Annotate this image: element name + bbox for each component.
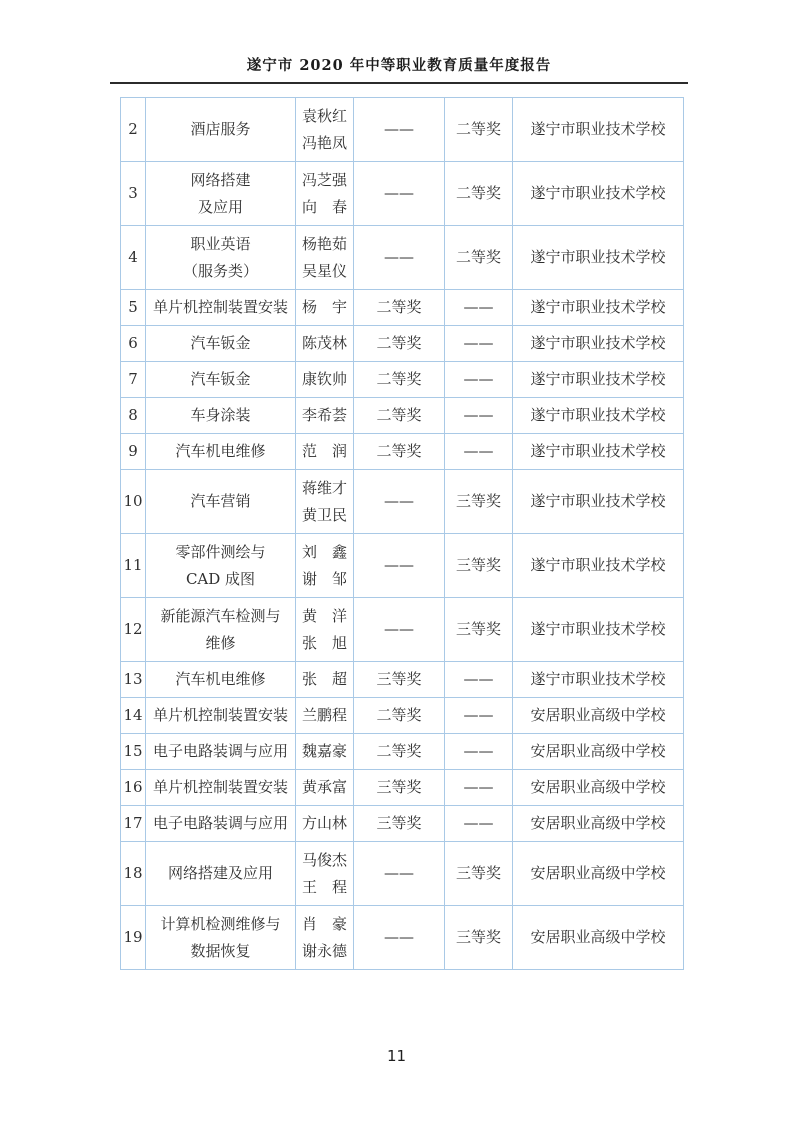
cell-names: 魏嘉豪 [296,734,354,770]
cell-award-col2: —— [445,362,513,398]
cell-event: 零部件测绘与 CAD 成图 [146,534,296,598]
cell-award-col1: 二等奖 [354,290,445,326]
cell-event: 电子电路装调与应用 [146,734,296,770]
cell-no: 15 [121,734,146,770]
cell-no: 7 [121,362,146,398]
cell-award-col2: 三等奖 [445,470,513,534]
cell-event: 汽车营销 [146,470,296,534]
cell-no: 8 [121,398,146,434]
cell-award-col1: 二等奖 [354,326,445,362]
cell-award-col2: —— [445,434,513,470]
table-row: 18 网络搭建及应用 马俊杰 王 程 —— 三等奖 安居职业高级中学校 [121,842,684,906]
cell-names: 张 超 [296,662,354,698]
cell-award-col2: —— [445,326,513,362]
cell-school: 安居职业高级中学校 [513,770,684,806]
table-row: 11 零部件测绘与 CAD 成图 刘 鑫 谢 邹 —— 三等奖 遂宁市职业技术学… [121,534,684,598]
cell-award-col2: 三等奖 [445,534,513,598]
cell-event: 网络搭建及应用 [146,842,296,906]
cell-no: 18 [121,842,146,906]
cell-names: 杨艳茹 吴星仪 [296,226,354,290]
cell-names: 袁秋红 冯艳凤 [296,98,354,162]
cell-event: 汽车钣金 [146,362,296,398]
cell-names: 陈茂林 [296,326,354,362]
cell-school: 安居职业高级中学校 [513,906,684,970]
cell-award-col2: —— [445,662,513,698]
cell-award-col2: 三等奖 [445,842,513,906]
cell-no: 19 [121,906,146,970]
cell-no: 2 [121,98,146,162]
cell-school: 遂宁市职业技术学校 [513,290,684,326]
cell-no: 13 [121,662,146,698]
cell-award-col1: 二等奖 [354,398,445,434]
cell-school: 安居职业高级中学校 [513,842,684,906]
cell-names: 杨 宇 [296,290,354,326]
cell-school: 遂宁市职业技术学校 [513,326,684,362]
cell-no: 16 [121,770,146,806]
cell-names: 李希荟 [296,398,354,434]
cell-award-col1: 二等奖 [354,362,445,398]
table-row: 13 汽车机电维修 张 超 三等奖 —— 遂宁市职业技术学校 [121,662,684,698]
cell-award-col2: —— [445,290,513,326]
page-header: 遂宁市 2020 年中等职业教育质量年度报告 [110,0,688,84]
cell-names: 黄承富 [296,770,354,806]
table-row: 15 电子电路装调与应用 魏嘉豪 二等奖 —— 安居职业高级中学校 [121,734,684,770]
cell-no: 17 [121,806,146,842]
cell-no: 6 [121,326,146,362]
cell-award-col1: —— [354,226,445,290]
cell-school: 遂宁市职业技术学校 [513,98,684,162]
cell-event: 汽车机电维修 [146,434,296,470]
cell-award-col1: —— [354,906,445,970]
awards-table: 2 酒店服务 袁秋红 冯艳凤 —— 二等奖 遂宁市职业技术学校 3 网络搭建 及… [120,97,684,970]
page-number: 11 [0,1047,793,1065]
cell-award-col1: —— [354,842,445,906]
cell-award-col2: 二等奖 [445,162,513,226]
cell-event: 单片机控制装置安装 [146,770,296,806]
table-row: 7 汽车钣金 康钦帅 二等奖 —— 遂宁市职业技术学校 [121,362,684,398]
cell-school: 安居职业高级中学校 [513,698,684,734]
table-row: 6 汽车钣金 陈茂林 二等奖 —— 遂宁市职业技术学校 [121,326,684,362]
cell-no: 12 [121,598,146,662]
cell-event: 单片机控制装置安装 [146,290,296,326]
cell-award-col1: —— [354,598,445,662]
cell-award-col2: 二等奖 [445,226,513,290]
cell-award-col1: 二等奖 [354,734,445,770]
cell-no: 11 [121,534,146,598]
cell-award-col2: —— [445,734,513,770]
cell-award-col1: 三等奖 [354,770,445,806]
table-row: 10 汽车营销 蒋维才 黄卫民 —— 三等奖 遂宁市职业技术学校 [121,470,684,534]
table-row: 9 汽车机电维修 范 润 二等奖 —— 遂宁市职业技术学校 [121,434,684,470]
cell-school: 遂宁市职业技术学校 [513,470,684,534]
cell-school: 遂宁市职业技术学校 [513,162,684,226]
cell-no: 3 [121,162,146,226]
cell-award-col2: —— [445,806,513,842]
cell-names: 兰鹏程 [296,698,354,734]
cell-school: 遂宁市职业技术学校 [513,662,684,698]
cell-award-col1: 三等奖 [354,806,445,842]
cell-school: 安居职业高级中学校 [513,734,684,770]
cell-school: 遂宁市职业技术学校 [513,534,684,598]
cell-school: 安居职业高级中学校 [513,806,684,842]
cell-names: 马俊杰 王 程 [296,842,354,906]
cell-school: 遂宁市职业技术学校 [513,398,684,434]
cell-award-col2: 三等奖 [445,598,513,662]
cell-no: 10 [121,470,146,534]
cell-event: 车身涂装 [146,398,296,434]
cell-no: 4 [121,226,146,290]
cell-award-col1: —— [354,534,445,598]
cell-no: 14 [121,698,146,734]
cell-event: 职业英语 （服务类） [146,226,296,290]
table-row: 19 计算机检测维修与 数据恢复 肖 豪 谢永德 —— 三等奖 安居职业高级中学… [121,906,684,970]
cell-award-col2: 三等奖 [445,906,513,970]
cell-award-col2: 二等奖 [445,98,513,162]
cell-school: 遂宁市职业技术学校 [513,434,684,470]
cell-names: 康钦帅 [296,362,354,398]
cell-award-col2: —— [445,398,513,434]
table-row: 5 单片机控制装置安装 杨 宇 二等奖 —— 遂宁市职业技术学校 [121,290,684,326]
cell-no: 5 [121,290,146,326]
cell-names: 肖 豪 谢永德 [296,906,354,970]
cell-award-col1: 三等奖 [354,662,445,698]
cell-event: 电子电路装调与应用 [146,806,296,842]
cell-no: 9 [121,434,146,470]
table-row: 4 职业英语 （服务类） 杨艳茹 吴星仪 —— 二等奖 遂宁市职业技术学校 [121,226,684,290]
cell-event: 计算机检测维修与 数据恢复 [146,906,296,970]
table-row: 17 电子电路装调与应用 方山林 三等奖 —— 安居职业高级中学校 [121,806,684,842]
cell-award-col2: —— [445,698,513,734]
cell-event: 新能源汽车检测与 维修 [146,598,296,662]
table-row: 2 酒店服务 袁秋红 冯艳凤 —— 二等奖 遂宁市职业技术学校 [121,98,684,162]
cell-event: 网络搭建 及应用 [146,162,296,226]
table-row: 14 单片机控制装置安装 兰鹏程 二等奖 —— 安居职业高级中学校 [121,698,684,734]
cell-names: 冯芝强 向 春 [296,162,354,226]
cell-names: 方山林 [296,806,354,842]
cell-names: 黄 洋 张 旭 [296,598,354,662]
report-header-title: 遂宁市 2020 年中等职业教育质量年度报告 [110,54,688,84]
table-row: 8 车身涂装 李希荟 二等奖 —— 遂宁市职业技术学校 [121,398,684,434]
cell-school: 遂宁市职业技术学校 [513,598,684,662]
cell-award-col1: —— [354,98,445,162]
cell-award-col1: —— [354,162,445,226]
cell-award-col1: —— [354,470,445,534]
cell-school: 遂宁市职业技术学校 [513,362,684,398]
cell-event: 酒店服务 [146,98,296,162]
cell-names: 刘 鑫 谢 邹 [296,534,354,598]
cell-event: 单片机控制装置安装 [146,698,296,734]
table-row: 12 新能源汽车检测与 维修 黄 洋 张 旭 —— 三等奖 遂宁市职业技术学校 [121,598,684,662]
cell-names: 蒋维才 黄卫民 [296,470,354,534]
cell-award-col1: 二等奖 [354,434,445,470]
table-row: 3 网络搭建 及应用 冯芝强 向 春 —— 二等奖 遂宁市职业技术学校 [121,162,684,226]
cell-award-col1: 二等奖 [354,698,445,734]
cell-school: 遂宁市职业技术学校 [513,226,684,290]
document-page: 遂宁市 2020 年中等职业教育质量年度报告 2 酒店服务 袁秋红 冯艳凤 ——… [0,0,793,1122]
cell-event: 汽车机电维修 [146,662,296,698]
cell-award-col2: —— [445,770,513,806]
cell-names: 范 润 [296,434,354,470]
table-row: 16 单片机控制装置安装 黄承富 三等奖 —— 安居职业高级中学校 [121,770,684,806]
cell-event: 汽车钣金 [146,326,296,362]
